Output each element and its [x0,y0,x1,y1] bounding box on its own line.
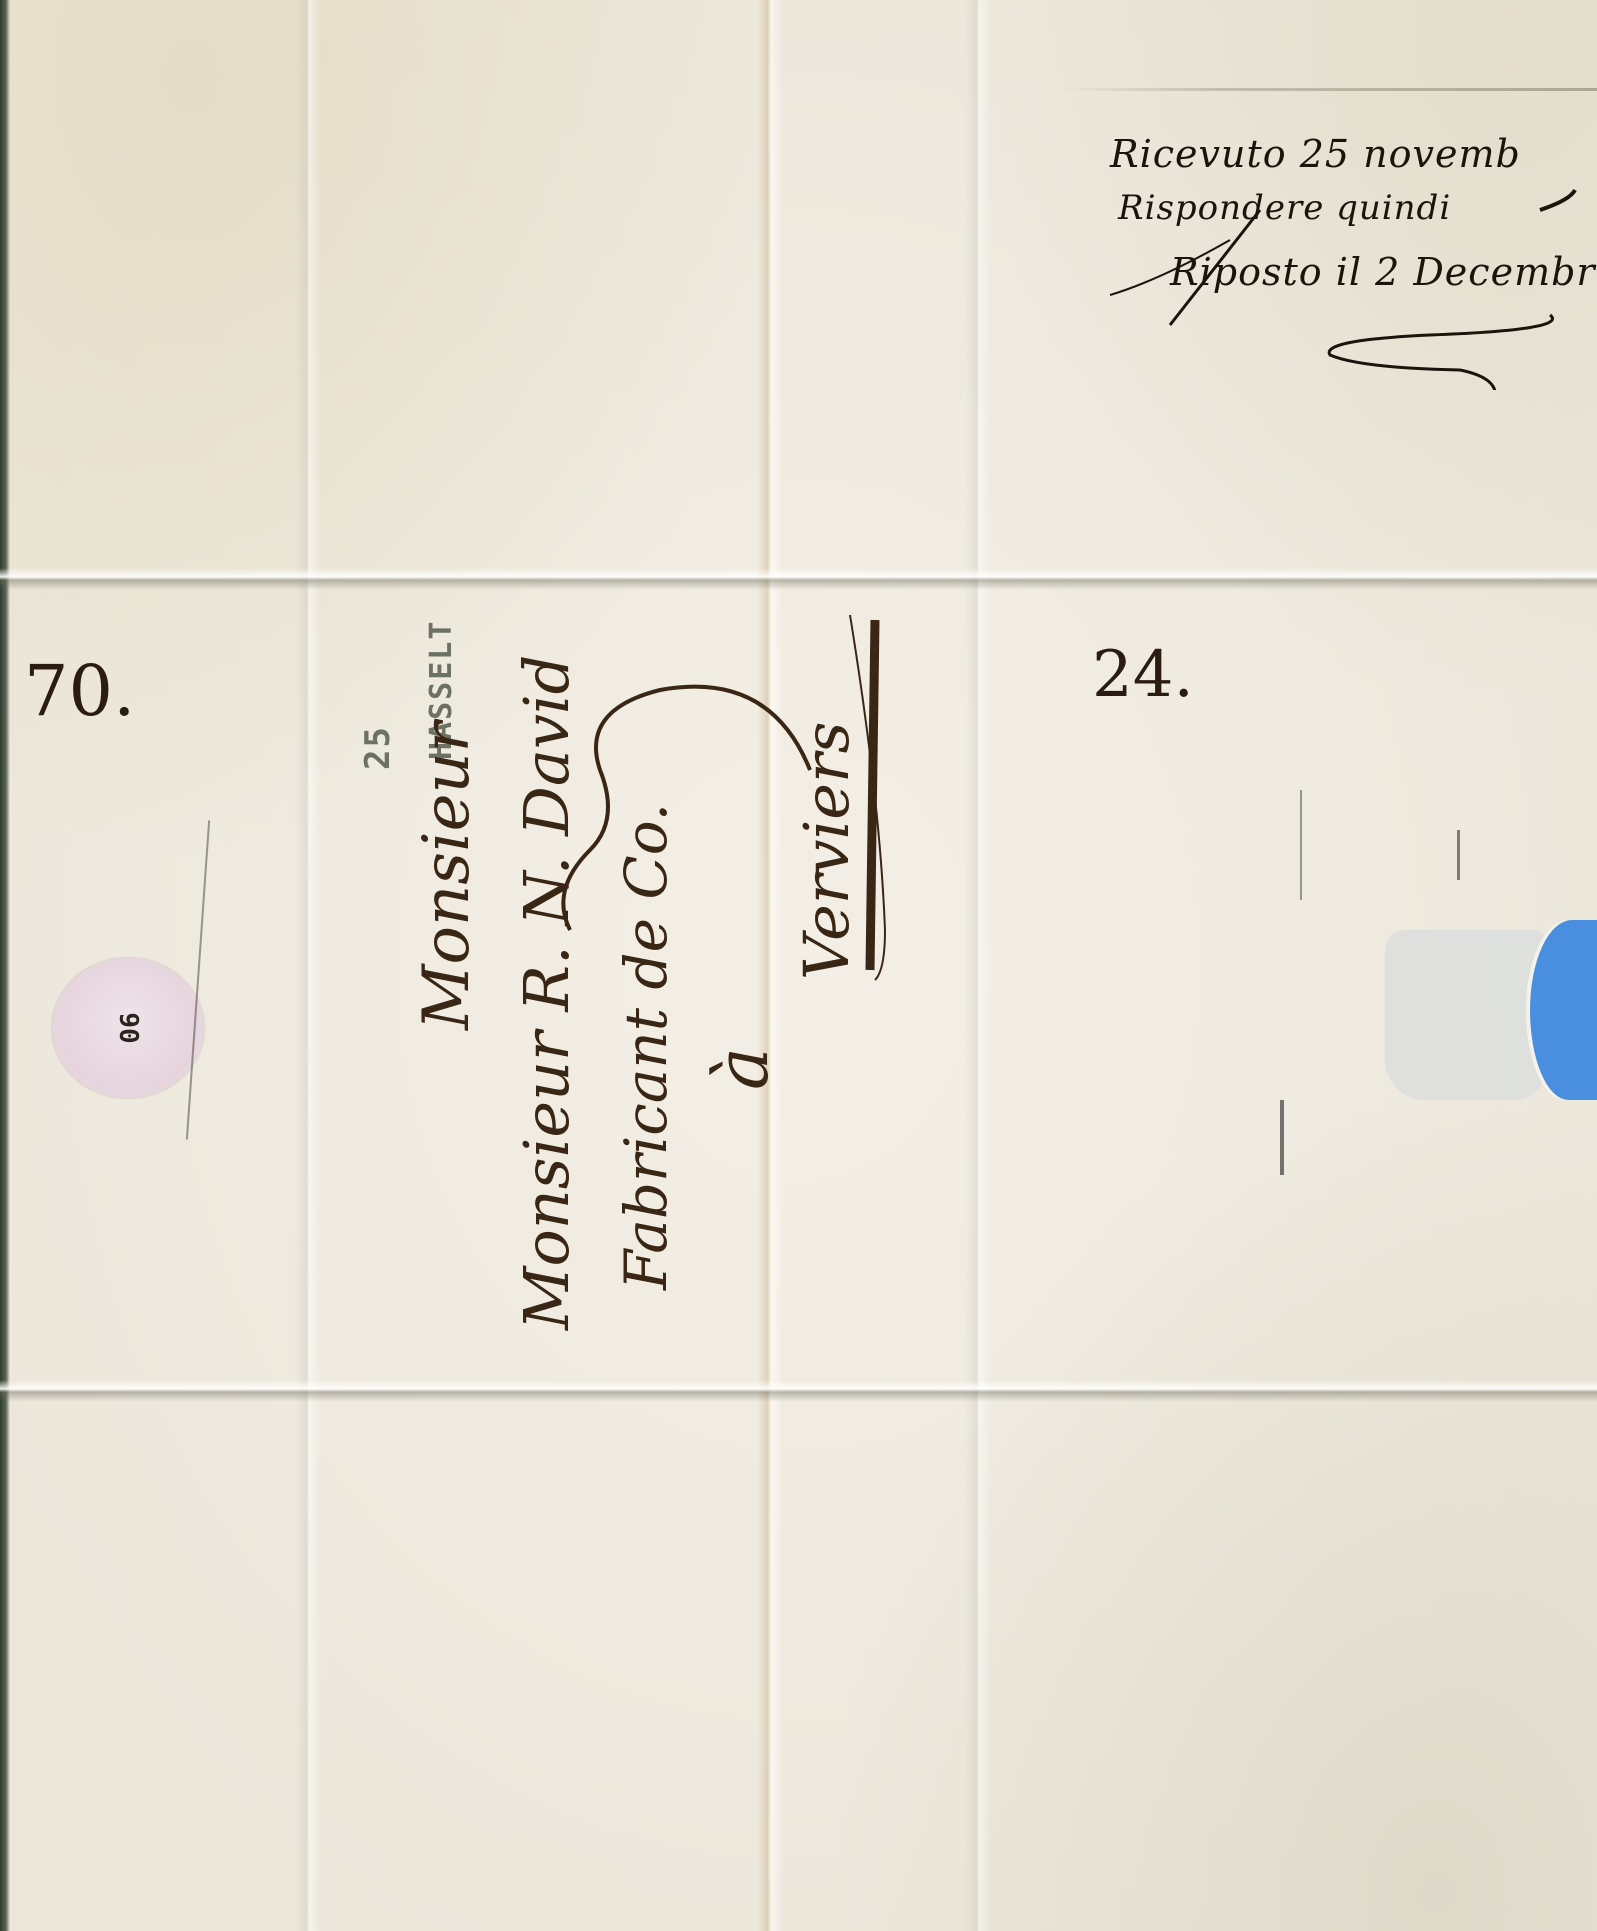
rate-mark-right: 24. [1092,638,1194,712]
scan-edge-shadow [0,0,10,1931]
signature-flourish [1100,150,1580,390]
postmark-date-number: 25 [358,725,398,770]
fold-line-horizontal-bottom [0,1380,1597,1402]
address-preposition: à [700,1047,784,1090]
rate-mark-left: 70. [24,650,135,732]
address-salutation: Monsieur [410,722,484,1030]
seal-number: 90 [113,1012,143,1043]
pencil-mark-right-bottom [1280,1100,1284,1175]
fold-line-horizontal-top [0,568,1597,590]
fold-line-vertical-right [965,0,991,1931]
paper-seal: 90 [52,958,204,1098]
torn-paper-flap [1385,930,1545,1100]
pencil-line-right-top [1300,790,1302,900]
top-crease [1060,88,1597,91]
fold-line-vertical-left [295,0,321,1931]
pencil-tick-right [1457,830,1460,880]
rate-flourish-2 [540,600,900,1020]
